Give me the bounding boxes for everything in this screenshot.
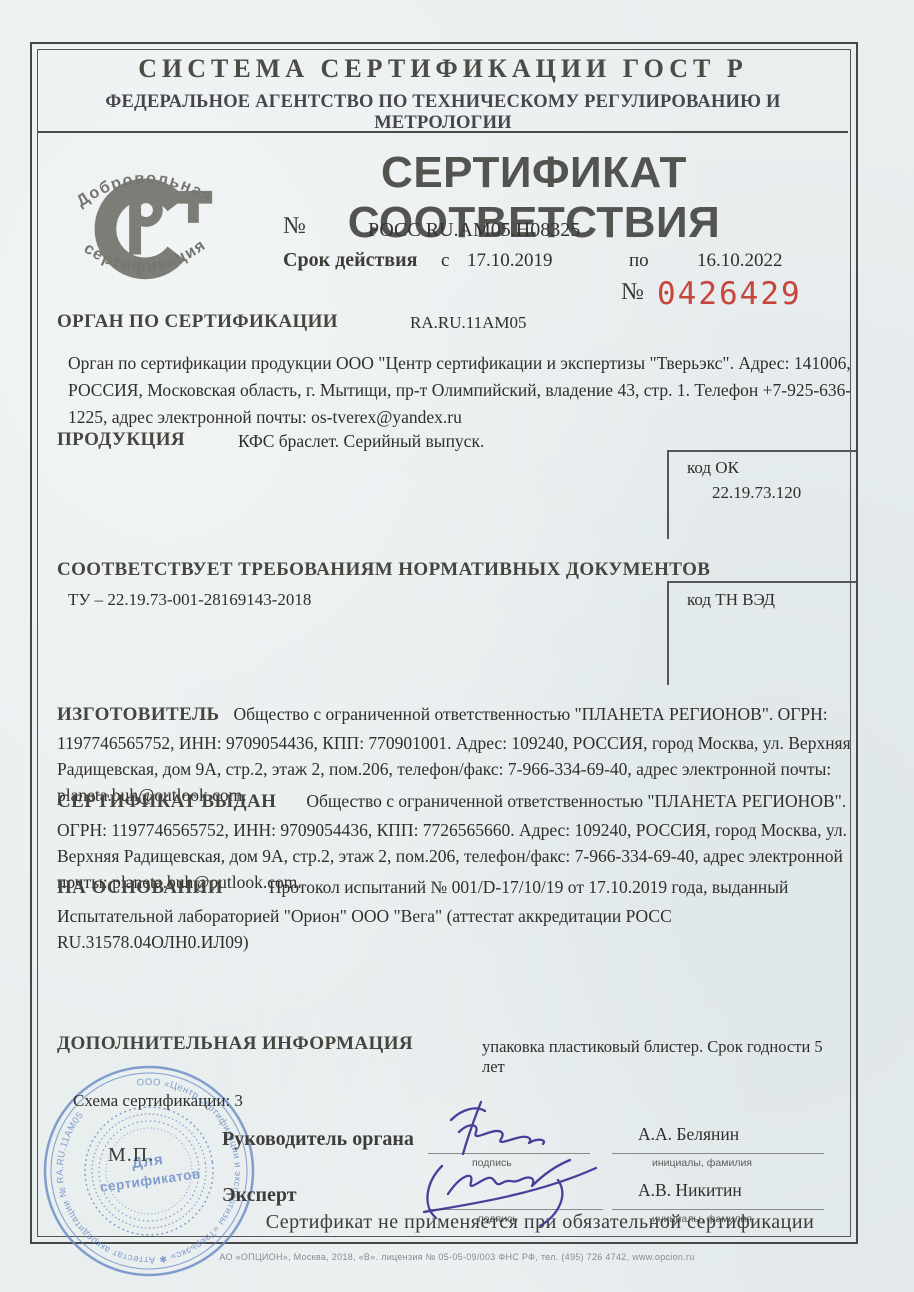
code-tnved-label: код ТН ВЭД	[687, 590, 775, 610]
code-ok-label: код ОК	[687, 458, 739, 478]
conformity-label: СООТВЕТСТВУЕТ ТРЕБОВАНИЯМ НОРМАТИВНЫХ ДО…	[57, 559, 777, 581]
issued-to-label: СЕРТИФИКАТ ВЫДАН	[57, 791, 276, 812]
expert-name-line	[612, 1209, 824, 1210]
conformity-text: ТУ – 22.19.73-001-28169143-2018	[68, 590, 311, 610]
blank-number-label: №	[621, 279, 644, 306]
validity-to-date: 16.10.2022	[697, 250, 783, 272]
product-label: ПРОДУКЦИЯ	[57, 429, 185, 451]
head-role-label: Руководитель органа	[222, 1128, 414, 1151]
manufacturer-label: ИЗГОТОВИТЕЛЬ	[57, 704, 219, 725]
stamp-center-line2: сертификатов	[99, 1166, 201, 1195]
validity-from-date: 17.10.2019	[467, 250, 553, 272]
header-divider	[38, 131, 848, 133]
product-text: КФС браслет. Серийный выпуск.	[238, 431, 658, 452]
validity-label: Срок действия	[283, 249, 417, 272]
certification-body-text: Орган по сертификации продукции ООО "Цен…	[68, 350, 852, 431]
stamp-outer-ring	[32, 1054, 267, 1289]
head-name: А.А. Белянин	[638, 1124, 739, 1145]
certification-body-label: ОРГАН ПО СЕРТИФИКАЦИИ	[57, 311, 338, 333]
blank-number: 0426429	[657, 276, 802, 312]
logo-letter-p-bowl	[134, 198, 158, 222]
stamp-place-label: М.П.	[108, 1144, 154, 1167]
rst-voluntary-certification-logo-icon: Добровольная сертификация	[56, 138, 234, 296]
certificate-page: СИСТЕМА СЕРТИФИКАЦИИ ГОСТ Р ФЕДЕРАЛЬНОЕ …	[0, 0, 914, 1292]
expert-name: А.В. Никитин	[638, 1180, 742, 1201]
head-name-line	[612, 1153, 824, 1154]
round-stamp-icon: ООО «Центр сертификации и экспертизы «Тв…	[21, 1043, 276, 1292]
validity-to-label: по	[629, 250, 649, 272]
basis-paragraph: НА ОСНОВАНИИПротокол испытаний № 001/D-1…	[57, 874, 851, 955]
certificate-number-label: №	[283, 213, 306, 240]
expert-role-label: Эксперт	[222, 1184, 297, 1207]
validity-from-label: с	[441, 250, 449, 272]
certification-scheme-text: Схема сертификации: 3	[73, 1091, 243, 1111]
basis-label: НА ОСНОВАНИИ	[57, 877, 223, 898]
expert-signature	[408, 1150, 620, 1230]
code-ok-value: 22.19.73.120	[712, 483, 801, 503]
system-title: СИСТЕМА СЕРТИФИКАЦИИ ГОСТ Р	[40, 54, 846, 84]
certification-body-code: RA.RU.11АМ05	[410, 313, 527, 333]
certificate-number: РОСС RU.АМ05.Н08325	[368, 219, 580, 242]
additional-info-text: упаковка пластиковый блистер. Срок годно…	[482, 1037, 842, 1077]
agency-title: ФЕДЕРАЛЬНОЕ АГЕНТСТВО ПО ТЕХНИЧЕСКОМУ РЕ…	[40, 92, 846, 134]
head-name-caption: инициалы, фамилия	[652, 1157, 752, 1169]
